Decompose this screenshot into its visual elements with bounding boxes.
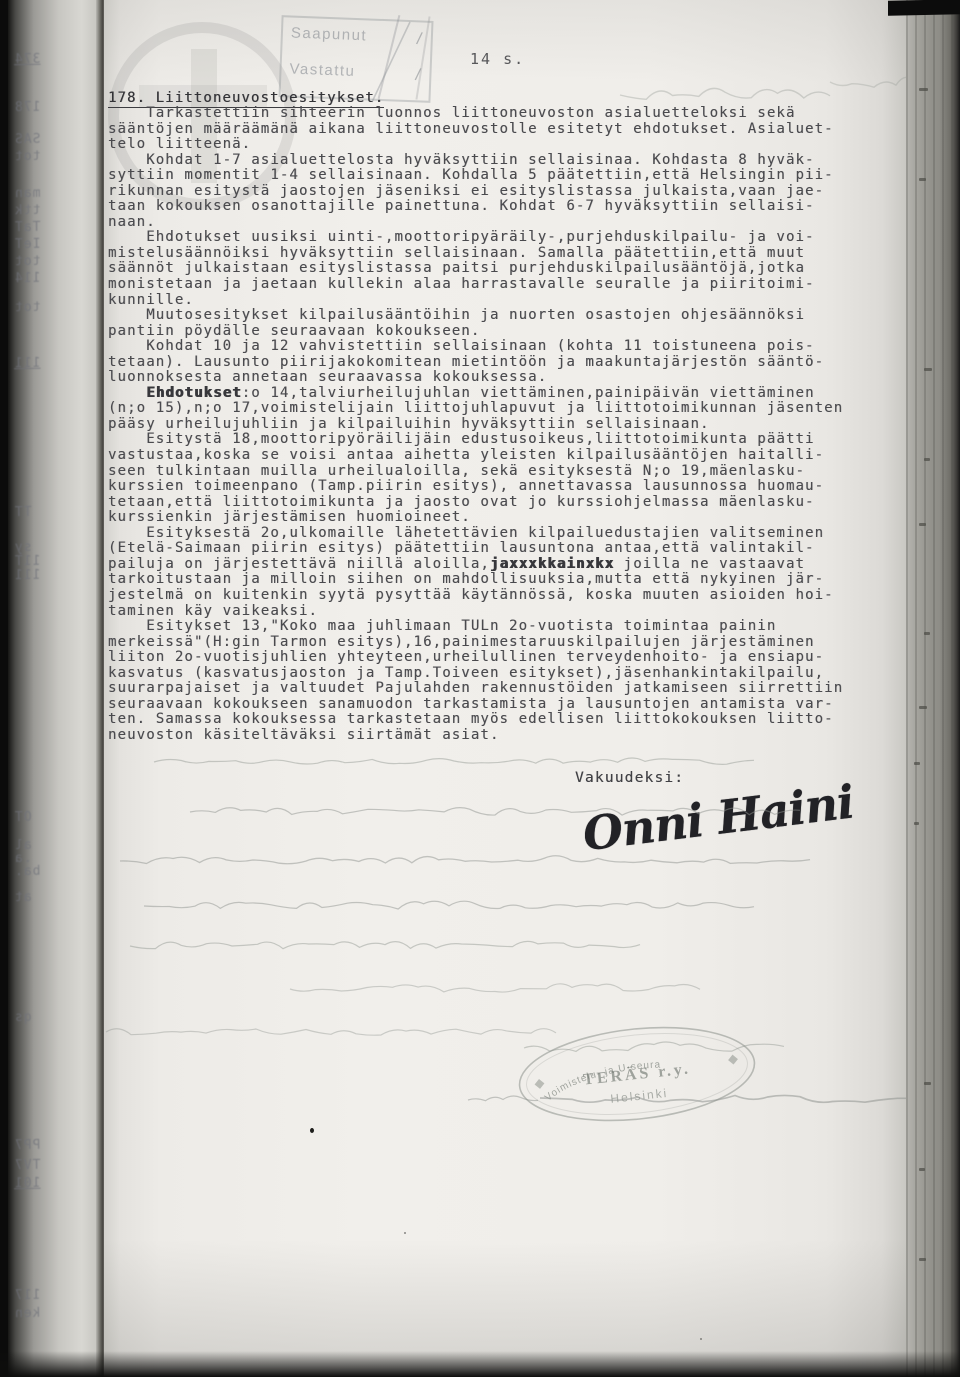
stamp-slash-mark: / <box>413 65 423 86</box>
document-title: 178. Liittoneuvostoesitykset. <box>108 90 384 106</box>
edge-tick <box>914 762 920 765</box>
edge-tick <box>924 632 930 635</box>
text-line: mistelusäännöiksi hyväksyttiin sellaisin… <box>108 246 902 262</box>
ghost-fragment: 374 <box>14 52 41 67</box>
text-line: liiton 2o-vuotisjuhlien yhteyteen,urheil… <box>108 650 902 666</box>
club-stamp-graphic: Voimistelu- ja U-seura TERÄS r.y. Helsin… <box>507 1009 767 1139</box>
signature: Onni Haini <box>580 769 904 862</box>
stamp-arc-text: Voimistelu- ja U-seura <box>540 1059 664 1105</box>
body-text: Tarkastettiin sihteerin luonnos liittone… <box>108 106 902 743</box>
scanned-document-page: 374178SAStotmanttkTaTIeTtot114tot111TTsy… <box>0 0 960 1377</box>
text-line: pääsy urheilujuhliin ja kilpailuihin hyv… <box>108 417 902 433</box>
text-line: Esitykset 13,"Koko maa juhlimaan TULn 2o… <box>108 619 902 635</box>
ghost-fragment: 111 <box>14 568 41 583</box>
stamp-diamond-right <box>728 1055 738 1065</box>
handwritten-annotation <box>130 941 640 948</box>
club-stamp: Voimistelu- ja U-seura TERÄS r.y. Helsin… <box>507 1009 767 1139</box>
stamp-inner-ellipse <box>523 1024 752 1125</box>
ghost-fragment: PP7 <box>14 1138 41 1153</box>
ghost-fragment: TaT <box>14 220 41 235</box>
received-stamp-line2: Vastattu <box>289 60 356 83</box>
stamp-outer-ellipse <box>515 1017 759 1131</box>
text-line: seuraavaan kokoukseen sanamuodon tarkast… <box>108 697 902 713</box>
text-line: Tarkastettiin sihteerin luonnos liittone… <box>108 106 902 122</box>
edge-tick <box>924 1082 931 1085</box>
text-line: luonnoksesta annetaan seuraavassa kokouk… <box>108 370 902 386</box>
ghost-fragment: IeT <box>14 237 41 252</box>
ghost-fragment: 178 <box>14 100 41 115</box>
handwritten-annotation <box>540 1095 906 1102</box>
text-line: suurarpajaiset ja valtuudet Pajulahden r… <box>108 681 902 697</box>
text-line: Muutosesitykset kilpailusääntöihin ja nu… <box>108 308 902 324</box>
text-line: pantiin pöydälle seuraavaan kokoukseen. <box>108 324 902 340</box>
text-line: Ehdotukset uusiksi uinti-,moottoripyäräi… <box>108 230 902 246</box>
text-line: jestelmä on kuitenkin syytä pysyttää käy… <box>108 588 902 604</box>
emblem-crossbar <box>139 85 267 107</box>
text-line: telo liitteenä. <box>108 137 902 153</box>
text-line: kurssien toimeenpano (Tamp.piirin esitys… <box>108 479 902 495</box>
text-line: Kohdat 10 ja 12 vahvistettiin sellaisina… <box>108 339 902 355</box>
edge-tick <box>919 1258 926 1261</box>
text-line: ten. Samassa kokouksessa tarkastetaan my… <box>108 712 902 728</box>
bottom-shadow <box>0 1351 960 1377</box>
text-line: sääntöjen määräämänä aikana liittoneuvos… <box>108 122 902 138</box>
handwriting-overlay <box>104 0 906 1377</box>
handwritten-annotation <box>154 758 754 764</box>
stamp-slash-stroke <box>372 22 410 102</box>
text-line: kunnille. <box>108 293 902 309</box>
stamp-overlap-line <box>415 16 430 99</box>
text-line: syttiin momentit 1-4 sellaisinaan. Kohda… <box>108 168 902 184</box>
received-stamp-line1: Saapunut <box>291 24 368 47</box>
stamp-diamond-left <box>535 1079 545 1089</box>
handwritten-annotation <box>620 88 830 99</box>
text-line: seen tulkintaan muilla urheilualoilla, s… <box>108 464 902 480</box>
ghost-fragment: qs <box>14 1010 32 1025</box>
edge-tick <box>919 178 926 181</box>
edge-tick <box>914 822 919 825</box>
ghost-fragment: man <box>14 186 41 201</box>
handwritten-annotation <box>144 901 754 909</box>
text-line: kasvatus (kasvatusjaoston ja Tamp.Toivee… <box>108 666 902 682</box>
text-line: (n;o 15),n;o 17,voimistelijain liittojuh… <box>108 401 902 417</box>
edge-tick <box>919 88 928 91</box>
text-line: neuvoston käsiteltäväksi siirtämät asiat… <box>108 728 902 744</box>
text-line: (Etelä-Saimaan piirin esitys) päätettiin… <box>108 541 902 557</box>
text-line: Esitystä 18,moottoripyöräilijäin edustus… <box>108 432 902 448</box>
ghost-fragment: tot <box>14 254 41 269</box>
text-line: Kohdat 1-7 asialuettelosta hyväksyttiin … <box>108 153 902 169</box>
stamp-overlap-line <box>378 15 401 99</box>
text-line: taminen käy vaikeaksi. <box>108 604 902 620</box>
ghost-fragment: TV7 <box>14 1158 41 1173</box>
ghost-fragment: ken <box>14 1306 41 1321</box>
text-line: vastustaa,koska se voisi antaa aihetta y… <box>108 448 902 464</box>
ink-speck <box>404 1232 406 1234</box>
ghost-fragment: 101 <box>14 1176 41 1191</box>
text-line: naan. <box>108 215 902 231</box>
ghost-fragment: ba. <box>14 864 41 879</box>
handwritten-annotation <box>120 856 810 864</box>
handwritten-annotation <box>468 1096 538 1101</box>
ghost-fragment: TT <box>14 505 32 520</box>
text-line: Esityksestä 2o,ulkomaille lähetettävien … <box>108 526 902 542</box>
edge-tick <box>919 706 927 709</box>
edge-tick <box>924 368 932 371</box>
ink-speck <box>310 1128 314 1133</box>
ink-speck <box>700 1338 702 1340</box>
scan-corner-shadow <box>888 0 960 16</box>
page-number: 14 s. <box>470 50 525 68</box>
edge-tick <box>924 458 930 461</box>
stamp-city: Helsinki <box>610 1086 669 1106</box>
text-line: tetaan,että liittotoimikunta ja jaosto o… <box>108 495 902 511</box>
closing-label: Vakuudeksi: <box>575 770 684 786</box>
svg-text:Voimistelu- ja U-seura: Voimistelu- ja U-seura <box>540 1059 664 1105</box>
handwritten-annotation <box>190 808 800 815</box>
handwritten-annotation <box>524 1042 784 1051</box>
handwritten-annotation <box>106 1029 556 1035</box>
received-stamp: Saapunut / Vastattu / <box>278 15 433 103</box>
text-line: säännöt julkaistaan esityslistassa paits… <box>108 261 902 277</box>
tul-logo-watermark <box>108 22 296 210</box>
ghost-fragment: ttk <box>14 203 41 218</box>
handwritten-annotation <box>290 984 700 992</box>
ghost-fragment: OT <box>14 810 32 825</box>
ghost-fragment: 114 <box>14 271 41 286</box>
handwritten-annotation <box>830 77 906 87</box>
edge-tick <box>919 523 926 526</box>
stamp-org-name: TERÄS r.y. <box>582 1059 691 1088</box>
stamp-slash-mark: / <box>415 29 425 50</box>
adjacent-page-edge: 374178SAStotmanttkTaTIeTtot114tot111TTsy… <box>8 0 100 1377</box>
fore-edge <box>906 0 960 1377</box>
ghost-fragment: tot <box>14 149 41 164</box>
emblem-bar <box>191 49 217 183</box>
ghost-fragment: 117 <box>14 1288 41 1303</box>
text-line: kurssienkin järjestämisen huomioineet. <box>108 510 902 526</box>
text-line: merkeissä"(H:gin Tarmon esitys),16,paini… <box>108 635 902 651</box>
text-line: Ehdotukset:o 14,talviurheilujuhlan viett… <box>108 386 902 402</box>
text-line: rikunnan esitystä jaostojen jäseniksi ei… <box>108 184 902 200</box>
document-page: Saapunut / Vastattu / 14 s. 178. Liitton… <box>104 0 906 1377</box>
ghost-fragment: at <box>14 890 32 905</box>
ghost-fragment: 111 <box>14 356 41 371</box>
text-line: tetaan). Lausunto piirijakokomitean miet… <box>108 355 902 371</box>
ghost-fragment: SAS <box>14 132 41 147</box>
text-line: monistetaan ja jaetaan kullekin alaa har… <box>108 277 902 293</box>
ghost-fragment: tot <box>14 300 41 315</box>
ghost-fragment: sy <box>14 540 32 555</box>
text-line: tarkoitustaan ja milloin siihen on mahdo… <box>108 572 902 588</box>
text-line: pailuja on järjestettävä niillä aloilla,… <box>108 557 902 573</box>
edge-tick <box>919 1168 925 1171</box>
text-line: taan kokouksen osanottajille painettuna.… <box>108 199 902 215</box>
